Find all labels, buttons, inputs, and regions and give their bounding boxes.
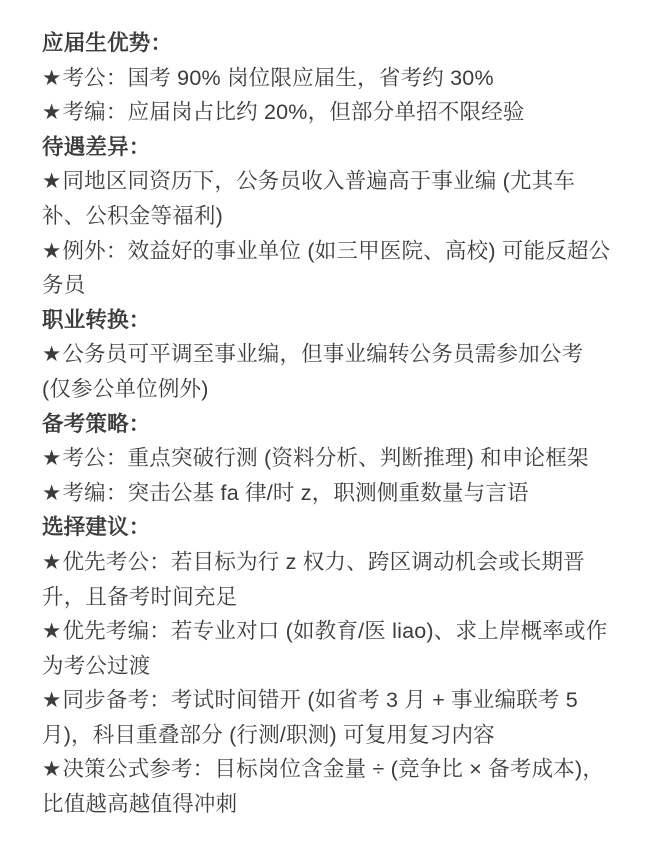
star-bullet-icon: ★ (42, 239, 61, 263)
star-bullet-icon: ★ (42, 169, 61, 193)
bullet-text: 决策公式参考：目标岗位含金量 ÷ (竞争比 × 备考成本)，比值越高越值得冲刺 (42, 757, 604, 816)
bullet-text: 优先考编：若专业对口 (如教育/医 liao)、求上岸概率或作为考公过渡 (42, 619, 607, 678)
bullet-item: ★公务员可平调至事业编，但事业编转公务员需参加公考 (仅参公单位例外) (42, 337, 615, 406)
star-bullet-icon: ★ (42, 619, 61, 643)
bullet-item: ★优先考编：若专业对口 (如教育/医 liao)、求上岸概率或作为考公过渡 (42, 614, 615, 683)
star-bullet-icon: ★ (42, 550, 61, 574)
bullet-text: 同步备考：考试时间错开 (如省考 3 月 + 事业编联考 5 月)，科目重叠部分… (42, 688, 578, 747)
section-heading-salary-difference: 待遇差异： (42, 130, 615, 165)
bullet-text: 考公：重点突破行测 (资料分析、判断推理) 和申论框架 (62, 446, 588, 470)
bullet-item: ★优先考公：若目标为行 z 权力、跨区调动机会或长期晋升，且备考时间充足 (42, 545, 615, 614)
bullet-text: 优先考公：若目标为行 z 权力、跨区调动机会或长期晋升，且备考时间充足 (42, 550, 585, 609)
bullet-item: ★考公：重点突破行测 (资料分析、判断推理) 和申论框架 (42, 441, 615, 476)
star-bullet-icon: ★ (42, 446, 61, 470)
document-body: 应届生优势： ★考公：国考 90% 岗位限应届生，省考约 30% ★考编：应届岗… (0, 0, 645, 860)
bullet-text: 考公：国考 90% 岗位限应届生，省考约 30% (62, 66, 493, 90)
star-bullet-icon: ★ (42, 100, 61, 124)
bullet-item: ★决策公式参考：目标岗位含金量 ÷ (竞争比 × 备考成本)，比值越高越值得冲刺 (42, 752, 615, 821)
star-bullet-icon: ★ (42, 66, 61, 90)
star-bullet-icon: ★ (42, 481, 61, 505)
star-bullet-icon: ★ (42, 342, 61, 366)
bullet-item: ★考公：国考 90% 岗位限应届生，省考约 30% (42, 61, 615, 96)
section-heading-choice-advice: 选择建议： (42, 510, 615, 545)
section-heading-fresh-grad-advantage: 应届生优势： (42, 26, 615, 61)
bullet-text: 公务员可平调至事业编，但事业编转公务员需参加公考 (仅参公单位例外) (42, 342, 583, 401)
bullet-text: 同地区同资历下，公务员收入普遍高于事业编 (尤其车补、公积金等福利) (42, 169, 575, 228)
bullet-item: ★同步备考：考试时间错开 (如省考 3 月 + 事业编联考 5 月)，科目重叠部… (42, 683, 615, 752)
section-heading-prep-strategy: 备考策略： (42, 407, 615, 442)
bullet-text: 考编：突击公基 fa 律/时 z，职测侧重数量与言语 (62, 481, 528, 505)
section-heading-career-transition: 职业转换： (42, 303, 615, 338)
bullet-item: ★例外：效益好的事业单位 (如三甲医院、高校) 可能反超公务员 (42, 234, 615, 303)
star-bullet-icon: ★ (42, 688, 61, 712)
bullet-item: ★考编：突击公基 fa 律/时 z，职测侧重数量与言语 (42, 476, 615, 511)
bullet-item: ★考编：应届岗占比约 20%，但部分单招不限经验 (42, 95, 615, 130)
star-bullet-icon: ★ (42, 757, 61, 781)
bullet-text: 例外：效益好的事业单位 (如三甲医院、高校) 可能反超公务员 (42, 239, 610, 298)
bullet-text: 考编：应届岗占比约 20%，但部分单招不限经验 (62, 100, 524, 124)
bullet-item: ★同地区同资历下，公务员收入普遍高于事业编 (尤其车补、公积金等福利) (42, 164, 615, 233)
